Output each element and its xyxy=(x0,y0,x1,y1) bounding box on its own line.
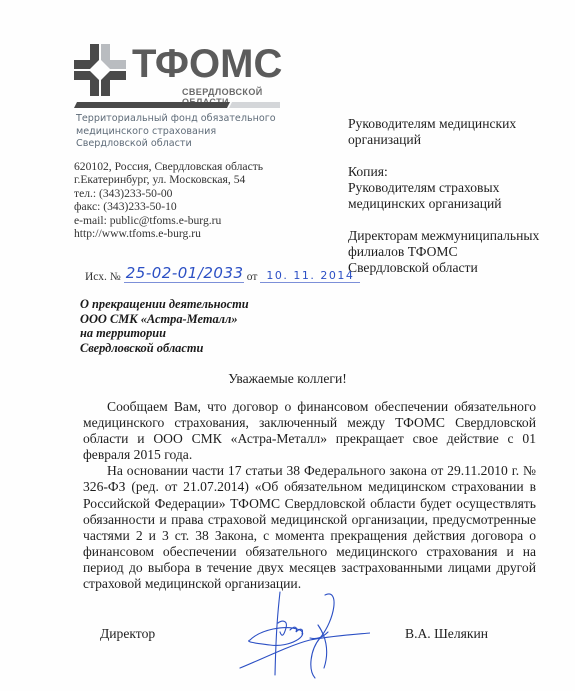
subject-line: ООО СМК «Астра-Металл» xyxy=(80,312,249,327)
fax: факс: (343)233-50-10 xyxy=(74,200,263,213)
medical-cross-logo-icon xyxy=(74,44,126,96)
recipient-line: Руководителям медицинских xyxy=(348,116,539,132)
email: e-mail: public@tfoms.e-burg.ru xyxy=(74,214,263,227)
recipient-line: Свердловской области xyxy=(348,260,539,276)
greeting: Уважаемые коллеги! xyxy=(0,371,575,387)
letter-page: ТФОМС СВЕРДЛОВСКОЙ ОБЛАСТИ Территориальн… xyxy=(0,0,575,691)
recipient-line: Директорам межмуниципальных xyxy=(348,228,539,244)
phone: тел.: (343)233-50-00 xyxy=(74,187,263,200)
address-line-1: 620102, Россия, Свердловская область xyxy=(74,160,263,173)
org-name-line: Территориальный фонд обязательного xyxy=(76,113,276,126)
from-label: от xyxy=(244,271,261,283)
address-line-2: г.Екатеринбург, ул. Московская, 54 xyxy=(74,173,263,186)
subject-line: О прекращении деятельности xyxy=(80,297,249,312)
copy-label: Копия: xyxy=(348,164,539,180)
body-paragraph: Сообщаем Вам, что договор о финансовом о… xyxy=(83,399,536,463)
logo-title: ТФОМС xyxy=(132,42,282,86)
letter-subject: О прекращении деятельности ООО СМК «Астр… xyxy=(80,297,249,355)
outgoing-number: 25-02-01/2033 xyxy=(124,264,244,283)
recipient-line: медицинских организаций xyxy=(348,196,539,212)
org-name-line: медицинского страхования xyxy=(76,126,276,139)
handwritten-signature-icon xyxy=(190,590,370,680)
subject-line: Свердловской области xyxy=(80,341,249,356)
contact-info: 620102, Россия, Свердловская область г.Е… xyxy=(74,160,263,240)
outgoing-reference: Исх. № 25-02-01/2033 от 10. 11. 2014 xyxy=(82,264,360,283)
recipient-line: Руководителям страховых xyxy=(348,180,539,196)
primary-recipient: Руководителям медицинских организаций xyxy=(348,116,539,148)
copy-recipient: Копия: Руководителям страховых медицинск… xyxy=(348,164,539,212)
tfoms-logo: ТФОМС СВЕРДЛОВСКОЙ ОБЛАСТИ xyxy=(74,44,284,110)
recipient-line: филиалов ТФОМС xyxy=(348,244,539,260)
logo-stripe-divider xyxy=(74,102,280,108)
signatory-title: Директор xyxy=(100,626,155,642)
recipients-block: Руководителям медицинских организаций Ко… xyxy=(348,116,539,292)
outgoing-label: Исх. № xyxy=(82,271,124,283)
body-paragraph: На основании части 17 статьи 38 Федераль… xyxy=(83,463,536,592)
subject-line: на территории xyxy=(80,326,249,341)
org-name-line: Свердловской области xyxy=(76,138,276,151)
outgoing-date: 10. 11. 2014 xyxy=(260,269,360,283)
directors-recipient: Директорам межмуниципальных филиалов ТФО… xyxy=(348,228,539,276)
organization-name: Территориальный фонд обязательного медиц… xyxy=(76,113,276,151)
recipient-line: организаций xyxy=(348,132,539,148)
signatory-name: В.А. Шелякин xyxy=(405,626,488,642)
website: http://www.tfoms.e-burg.ru xyxy=(74,227,263,240)
letter-body: Сообщаем Вам, что договор о финансовом о… xyxy=(83,399,536,592)
